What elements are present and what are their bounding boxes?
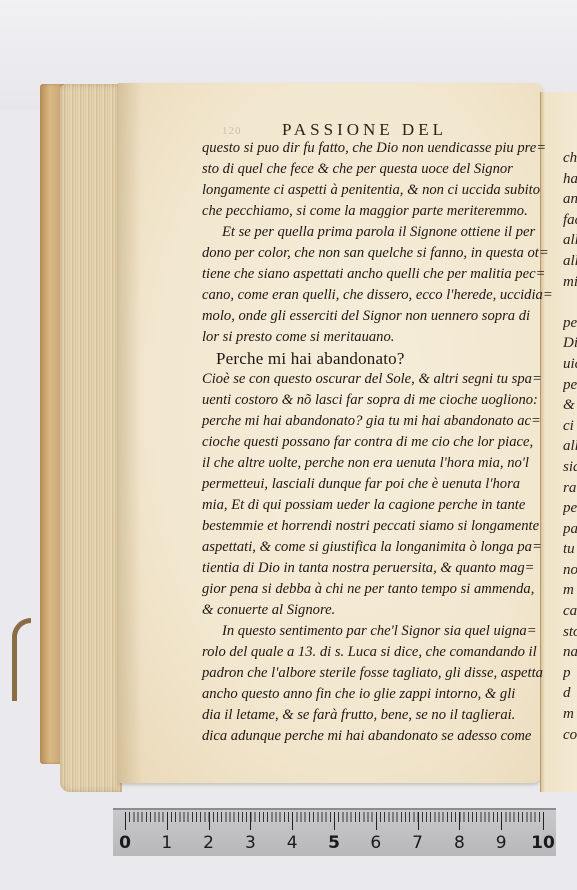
text-line: aspettati, & come si giustifica la longa… — [202, 537, 520, 558]
text-line: gior pena si debba à chi ne per tanto te… — [202, 579, 520, 600]
ruler-label: 7 — [412, 833, 423, 853]
facing-text-fragment: ha — [563, 169, 577, 190]
ruler-major-tick — [334, 812, 335, 830]
facing-text-fragment: m — [563, 580, 577, 601]
bookmark-ribbon — [12, 618, 31, 701]
ruler-label: 0 — [119, 833, 131, 853]
facing-text-fragment: ra — [563, 478, 577, 499]
text-line: mia, Et di qui possiam ueder la cagione … — [202, 495, 520, 516]
ruler-major-tick — [250, 812, 251, 830]
ruler-label: 3 — [245, 833, 256, 853]
text-line: cioche questi possano far contra di me c… — [202, 432, 520, 453]
text-line: che pecchiamo, si come la maggior parte … — [202, 201, 520, 222]
page-block-edges — [60, 84, 122, 792]
ruler-major-tick — [459, 812, 460, 830]
facing-text-fragment: & — [563, 395, 577, 416]
facing-text-fragment: ca — [563, 601, 577, 622]
text-line: bestemmie et horrendi nostri peccati sia… — [202, 516, 520, 537]
text-line: dia il letame, & se farà frutto, bene, s… — [202, 705, 520, 726]
facing-text-fragment: pe — [563, 498, 577, 519]
facing-text-fragment: tu — [563, 539, 577, 560]
ruler-major-tick — [167, 812, 168, 830]
ruler-label: 4 — [287, 833, 298, 853]
facing-text-fragment: sto — [563, 622, 577, 643]
ruler-label: 5 — [328, 833, 340, 853]
ruler-major-tick — [418, 812, 419, 830]
facing-text-fragment: uic — [563, 354, 577, 375]
text-line: tientia di Dio in tanta nostra peruersit… — [202, 558, 520, 579]
text-line: Cioè se con questo oscurar del Sole, & a… — [202, 369, 520, 390]
facing-text-fragment: mi — [563, 272, 577, 293]
facing-text-fragment: no — [563, 560, 577, 581]
facing-text-fragment: na — [563, 642, 577, 663]
text-line: perche mi hai abandonato? gia tu mi hai … — [202, 411, 520, 432]
facing-text-fragment: per — [563, 313, 577, 334]
ruler-major-tick — [376, 812, 377, 830]
text-line: il che altre uolte, perche non era uenut… — [202, 453, 520, 474]
ruler-label: 6 — [370, 833, 381, 853]
facing-text-fragment: pa — [563, 519, 577, 540]
text-line: Et se per quella prima parola il Signone… — [202, 222, 520, 243]
facing-text-fragment — [563, 292, 577, 313]
text-line: molo, onde gli esserciti del Signor non … — [202, 306, 520, 327]
text-line: rolo del quale a 13. di s. Luca si dice,… — [202, 642, 520, 663]
text-line: dono per color, che non san quelche si f… — [202, 243, 520, 264]
facing-text-fragment: per — [563, 375, 577, 396]
facing-text-fragment: m — [563, 704, 577, 725]
ruler-label: 9 — [496, 833, 507, 853]
text-line: & conuerte al Signore. — [202, 600, 520, 621]
text-line: padron che l'albore sterile fosse taglia… — [202, 663, 520, 684]
facing-page: chehaanfacalloall'miperDiuicper&ciallsia… — [540, 92, 577, 792]
facing-text-fragment: co — [563, 725, 577, 746]
ruler-major-tick — [209, 812, 210, 830]
ruler-label: 8 — [454, 833, 465, 853]
ruler-label: 2 — [203, 833, 214, 853]
ruler-label: 1 — [161, 833, 172, 853]
facing-text-fragment: che — [563, 148, 577, 169]
facing-text-fragment: fac — [563, 210, 577, 231]
facing-text-fragment: all — [563, 436, 577, 457]
facing-text-fragment: Di — [563, 333, 577, 354]
running-head: PASSIONE DEL — [282, 120, 447, 140]
measurement-ruler: 012345678910 — [113, 808, 556, 856]
text-line: dica adunque perche mi hai abandonato se… — [202, 726, 520, 747]
ruler-label: 10 — [531, 833, 555, 853]
section-heading: Perche mi hai abandonato? — [202, 348, 520, 369]
facing-text-fragment: d — [563, 683, 577, 704]
ruler-major-tick — [125, 812, 126, 830]
ruler-major-tick — [543, 812, 544, 830]
text-line: sto di quel che fece & che per questa uo… — [202, 159, 520, 180]
ruler-major-tick — [292, 812, 293, 830]
facing-text-fragment: ci — [563, 416, 577, 437]
show-through-folio: 120 — [222, 125, 242, 137]
text-line: cano, come eran quelli, che dissero, ecc… — [202, 285, 520, 306]
text-line: ancho questo anno fin che io glie zappi … — [202, 684, 520, 705]
text-line: questo si puo dir fu fatto, che Dio non … — [202, 138, 520, 159]
text-line: uenti costoro & nõ lasci far sopra di me… — [202, 390, 520, 411]
facing-text-fragment: allo — [563, 230, 577, 251]
text-line: In questo sentimento par che'l Signor si… — [202, 621, 520, 642]
ruler-major-tick — [501, 812, 502, 830]
facing-text-fragment: an — [563, 189, 577, 210]
facing-text-fragment: p — [563, 663, 577, 684]
text-line: longamente ci aspetti à penitentia, & no… — [202, 180, 520, 201]
facing-text-fragment: all' — [563, 251, 577, 272]
text-line: lor si presto come si meritauano. — [202, 327, 520, 348]
text-line: tiene che siano aspettati ancho quelli c… — [202, 264, 520, 285]
facing-page-text: chehaanfacalloall'miperDiuicper&ciallsia… — [563, 148, 577, 745]
text-line: permetteui, lasciali dunque far poi che … — [202, 474, 520, 495]
page-body-text: questo si puo dir fu fatto, che Dio non … — [202, 138, 520, 747]
facing-text-fragment: sia — [563, 457, 577, 478]
